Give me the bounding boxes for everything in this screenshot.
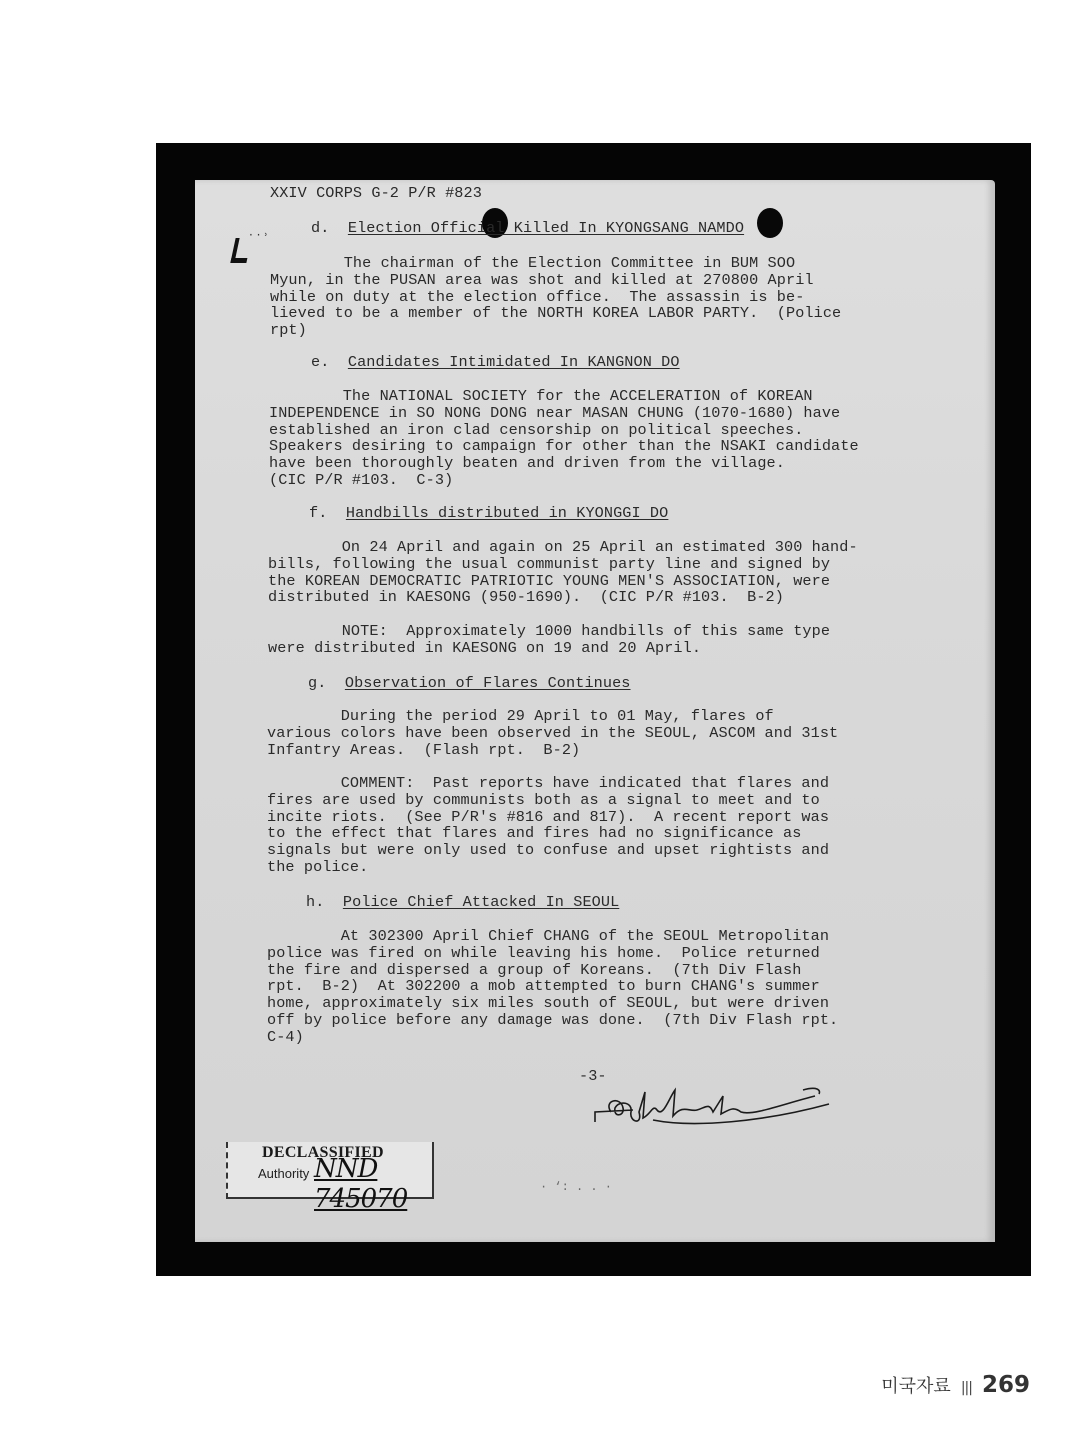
section-g-paragraph: During the period 29 April to 01 May, fl…: [267, 708, 838, 758]
section-h-heading: h. Police Chief Attacked In SEOUL: [306, 894, 619, 911]
footer-separator: |||: [961, 1380, 972, 1396]
scanned-document-frame: XXIV CORPS G-2 P/R #823 · · ˒ d. Electio…: [156, 143, 1031, 1276]
section-title: Observation of Flares Continues: [345, 674, 631, 692]
section-letter: e.: [311, 353, 329, 371]
scan-artifact: · ‘: . . ·: [540, 1180, 612, 1194]
declassified-stamp: DECLASSIFIED Authority NND 745070: [226, 1142, 434, 1199]
footer-category: 미국자료: [881, 1372, 951, 1398]
section-g-heading: g. Observation of Flares Continues: [308, 675, 631, 692]
pen-mark-dots: · · ˒: [249, 228, 268, 242]
page-footer: 미국자료 ||| 269: [881, 1372, 1030, 1398]
section-d-heading: d. Election Official Killed In KYONGSANG…: [311, 220, 744, 237]
stamp-authority-label: Authority: [258, 1166, 309, 1181]
document-paper: XXIV CORPS G-2 P/R #823 · · ˒ d. Electio…: [195, 180, 995, 1242]
section-f-note: NOTE: Approximately 1000 handbills of th…: [268, 623, 830, 657]
section-h-paragraph: At 302300 April Chief CHANG of the SEOUL…: [267, 928, 838, 1046]
stamp-authority-number: NND 745070: [314, 1154, 432, 1214]
report-header: XXIV CORPS G-2 P/R #823: [270, 185, 482, 202]
section-f-heading: f. Handbills distributed in KYONGGI DO: [309, 505, 668, 522]
punch-hole: [757, 208, 783, 238]
section-title: Police Chief Attacked In SEOUL: [343, 893, 619, 911]
section-e-heading: e. Candidates Intimidated In KANGNON DO: [311, 354, 680, 371]
section-d-paragraph: The chairman of the Election Committee i…: [270, 255, 841, 339]
section-title: Candidates Intimidated In KANGNON DO: [348, 353, 680, 371]
section-letter: f.: [309, 504, 327, 522]
section-letter: g.: [308, 674, 326, 692]
section-g-comment: COMMENT: Past reports have indicated tha…: [267, 775, 829, 876]
section-letter: h.: [306, 893, 324, 911]
section-e-paragraph: The NATIONAL SOCIETY for the ACCELERATIO…: [269, 388, 859, 489]
footer-page-number: 269: [982, 1372, 1030, 1398]
confidential-signature: [593, 1082, 833, 1132]
section-f-paragraph: On 24 April and again on 25 April an est…: [268, 539, 858, 606]
section-title: Election Official Killed In KYONGSANG NA…: [348, 219, 744, 237]
section-title: Handbills distributed in KYONGGI DO: [346, 504, 669, 522]
section-letter: d.: [311, 219, 329, 237]
